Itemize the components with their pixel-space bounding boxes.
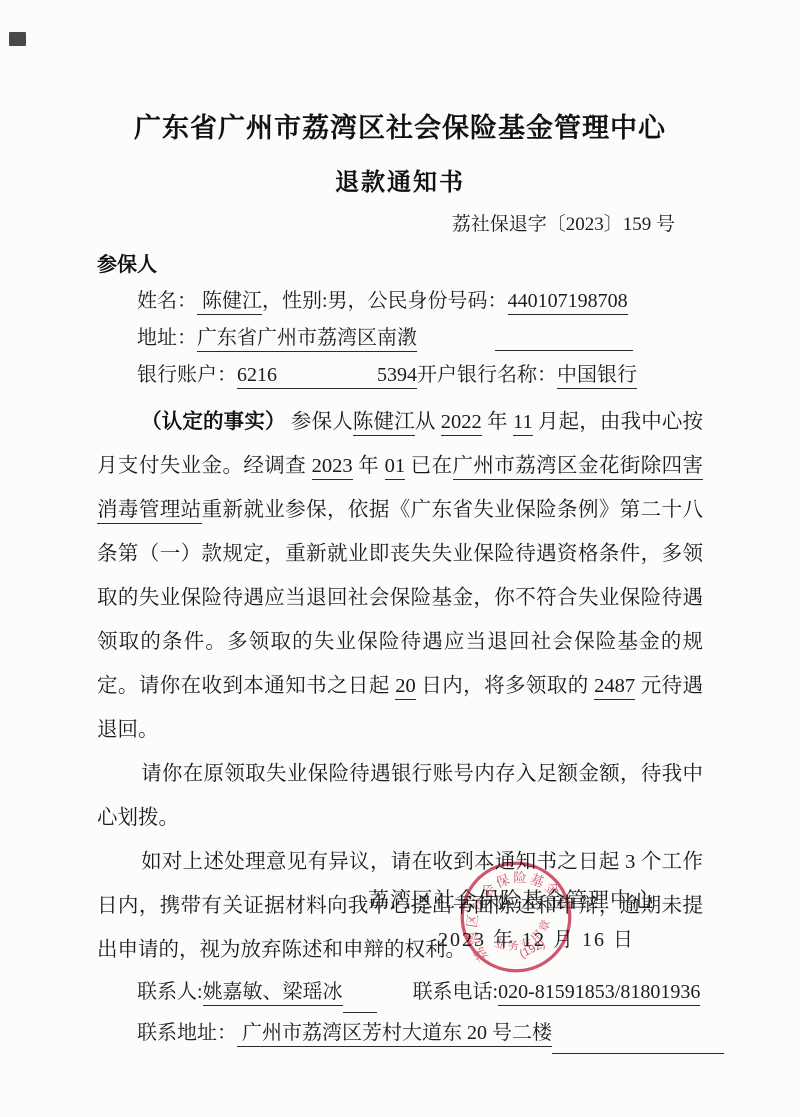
contact-person-value: 姚嘉敏、梁瑶冰 xyxy=(203,981,343,1006)
address-line: 地址：广东省广州市荔湾区南漖 xyxy=(137,326,703,351)
refund-days: 20 xyxy=(395,675,416,700)
contact-person-underline-tail xyxy=(343,991,377,1013)
refund-amount: 2487 xyxy=(594,675,635,700)
para1-text: 年 xyxy=(353,455,385,477)
contact-address-value: 广州市荔湾区芳村大道东 20 号二楼 xyxy=(237,1022,552,1047)
document-number: 荔社保退字〔2023〕159 号 xyxy=(97,209,703,236)
id-number-value: 440107198708 xyxy=(508,290,628,315)
contact-person-line: 联系人:姚嘉敏、梁瑶冰联系电话:020-81591853/81801936 xyxy=(137,972,703,1013)
deposit-paragraph: 请你在原领取失业保险待遇银行账号内存入足额金额，待我中心划拨。 xyxy=(97,752,703,840)
contact-address-underline-tail xyxy=(552,1032,724,1054)
name-line: 姓名： 陈健江，性别:男，公民身份号码：440107198708 xyxy=(137,289,703,314)
gender-id-label: ，性别:男，公民身份号码： xyxy=(262,290,508,312)
found-month: 01 xyxy=(385,455,406,480)
bank-name-value: 中国银行 xyxy=(557,364,637,389)
para1-text: 从 xyxy=(415,411,441,433)
insured-person-heading: 参保人 xyxy=(97,248,703,277)
bank-name-label: 开户银行名称： xyxy=(417,364,557,386)
org-title: 广东省广州市荔湾区社会保险基金管理中心 xyxy=(97,106,703,145)
found-year: 2023 xyxy=(312,455,353,480)
bank-account-suffix: 5394 xyxy=(377,364,417,386)
para1-text: 重新就业参保，依据《广东省失业保险条例》第二十八条第（一）款规定，重新就业即丧失… xyxy=(97,499,703,697)
address-value: 广东省广州市荔湾区南漖 xyxy=(197,327,417,352)
para1-name: 陈健江 xyxy=(353,411,415,436)
official-seal-stamp: 荔湾区社会保险基金管理中心 业务专用章 (192) xyxy=(444,845,588,989)
address-blank-underline xyxy=(495,329,633,351)
para1-text: 日内，将多领取的 xyxy=(416,675,594,697)
fact-label: （认定的事实） xyxy=(141,410,286,433)
start-year: 2022 xyxy=(441,411,482,436)
bank-account-value: 62165394 xyxy=(237,364,417,389)
para1-text: 已在 xyxy=(405,455,452,477)
address-label: 地址： xyxy=(137,327,197,349)
facts-paragraph: （认定的事实） 参保人陈健江从 2022 年 11 月起，由我中心按月支付失业金… xyxy=(97,400,703,752)
contact-address-line: 联系地址： 广州市荔湾区芳村大道东 20 号二楼 xyxy=(137,1013,703,1054)
para1-text: 参保人 xyxy=(286,411,353,433)
bank-account-label: 银行账户： xyxy=(137,364,237,386)
contact-person-label: 联系人: xyxy=(137,981,203,1003)
bank-account-prefix: 6216 xyxy=(237,364,277,386)
name-value: 陈健江 xyxy=(197,290,262,315)
scan-artifact-mark xyxy=(9,32,26,46)
document-title: 退款通知书 xyxy=(97,162,703,197)
refund-notice-document: 广东省广州市荔湾区社会保险基金管理中心 退款通知书 荔社保退字〔2023〕159… xyxy=(0,0,800,1117)
name-label: 姓名： xyxy=(137,290,197,312)
start-month: 11 xyxy=(513,411,533,436)
para1-text: 年 xyxy=(482,411,513,433)
contact-address-label: 联系地址： xyxy=(137,1022,237,1044)
bank-line: 银行账户：62165394开户银行名称：中国银行 xyxy=(137,363,703,388)
